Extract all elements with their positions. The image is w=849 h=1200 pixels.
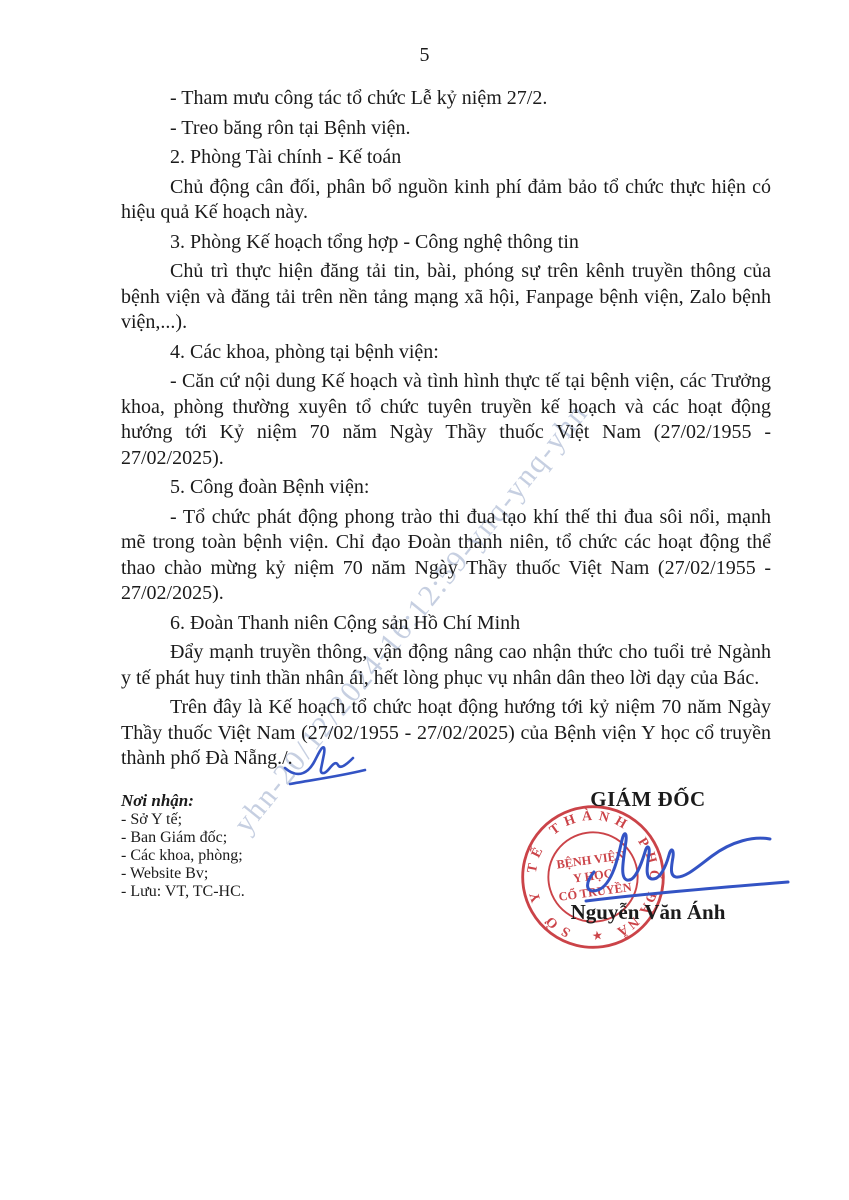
paragraph-body: Chủ động cân đối, phân bổ nguồn kinh phí…	[121, 175, 771, 226]
signature-title: GIÁM ĐỐC	[518, 787, 778, 812]
paragraph-bullet: - Tham mưu công tác tổ chức Lễ kỷ niệm 2…	[121, 86, 771, 112]
recipient-item: - Ban Giám đốc;	[121, 829, 245, 847]
paragraph-heading: 2. Phòng Tài chính - Kế toán	[121, 145, 771, 171]
paragraph-body: Chủ trì thực hiện đăng tải tin, bài, phó…	[121, 259, 771, 336]
paragraph-heading: 3. Phòng Kế hoạch tổng hợp - Công nghệ t…	[121, 230, 771, 256]
recipient-item: - Lưu: VT, TC-HC.	[121, 883, 245, 901]
paragraph-body: - Căn cứ nội dung Kế hoạch và tình hình …	[121, 369, 771, 471]
recipients-block: Nơi nhận: - Sở Y tế;- Ban Giám đốc;- Các…	[121, 792, 245, 901]
recipient-item: - Các khoa, phòng;	[121, 847, 245, 865]
paragraph-closing: Trên đây là Kế hoạch tổ chức hoạt động h…	[121, 695, 771, 772]
paragraph-bullet: - Treo băng rôn tại Bệnh viện.	[121, 116, 771, 142]
page-number: 5	[0, 44, 849, 67]
document-body: - Tham mưu công tác tổ chức Lễ kỷ niệm 2…	[121, 86, 771, 776]
recipient-item: - Website Bv;	[121, 865, 245, 883]
recipient-item: - Sở Y tế;	[121, 811, 245, 829]
paragraph-heading: 5. Công đoàn Bệnh viện:	[121, 475, 771, 501]
document-page: 5 yhn-20/12/2024-16:12:59-ynq-ynq-yhn - …	[0, 0, 849, 1200]
paragraph-heading: 6. Đoàn Thanh niên Cộng sản Hồ Chí Minh	[121, 611, 771, 637]
approval-initial-signature	[281, 741, 369, 791]
recipients-label: Nơi nhận:	[121, 792, 245, 810]
paragraph-heading: 4. Các khoa, phòng tại bệnh viện:	[121, 340, 771, 366]
stamp-star-icon: ★	[591, 928, 604, 943]
recipients-list: - Sở Y tế;- Ban Giám đốc;- Các khoa, phò…	[121, 811, 245, 901]
paragraph-body: Đẩy mạnh truyền thông, vận động nâng cao…	[121, 640, 771, 691]
paragraph-body: - Tổ chức phát động phong trào thi đua t…	[121, 505, 771, 607]
director-signature-icon	[572, 810, 800, 910]
